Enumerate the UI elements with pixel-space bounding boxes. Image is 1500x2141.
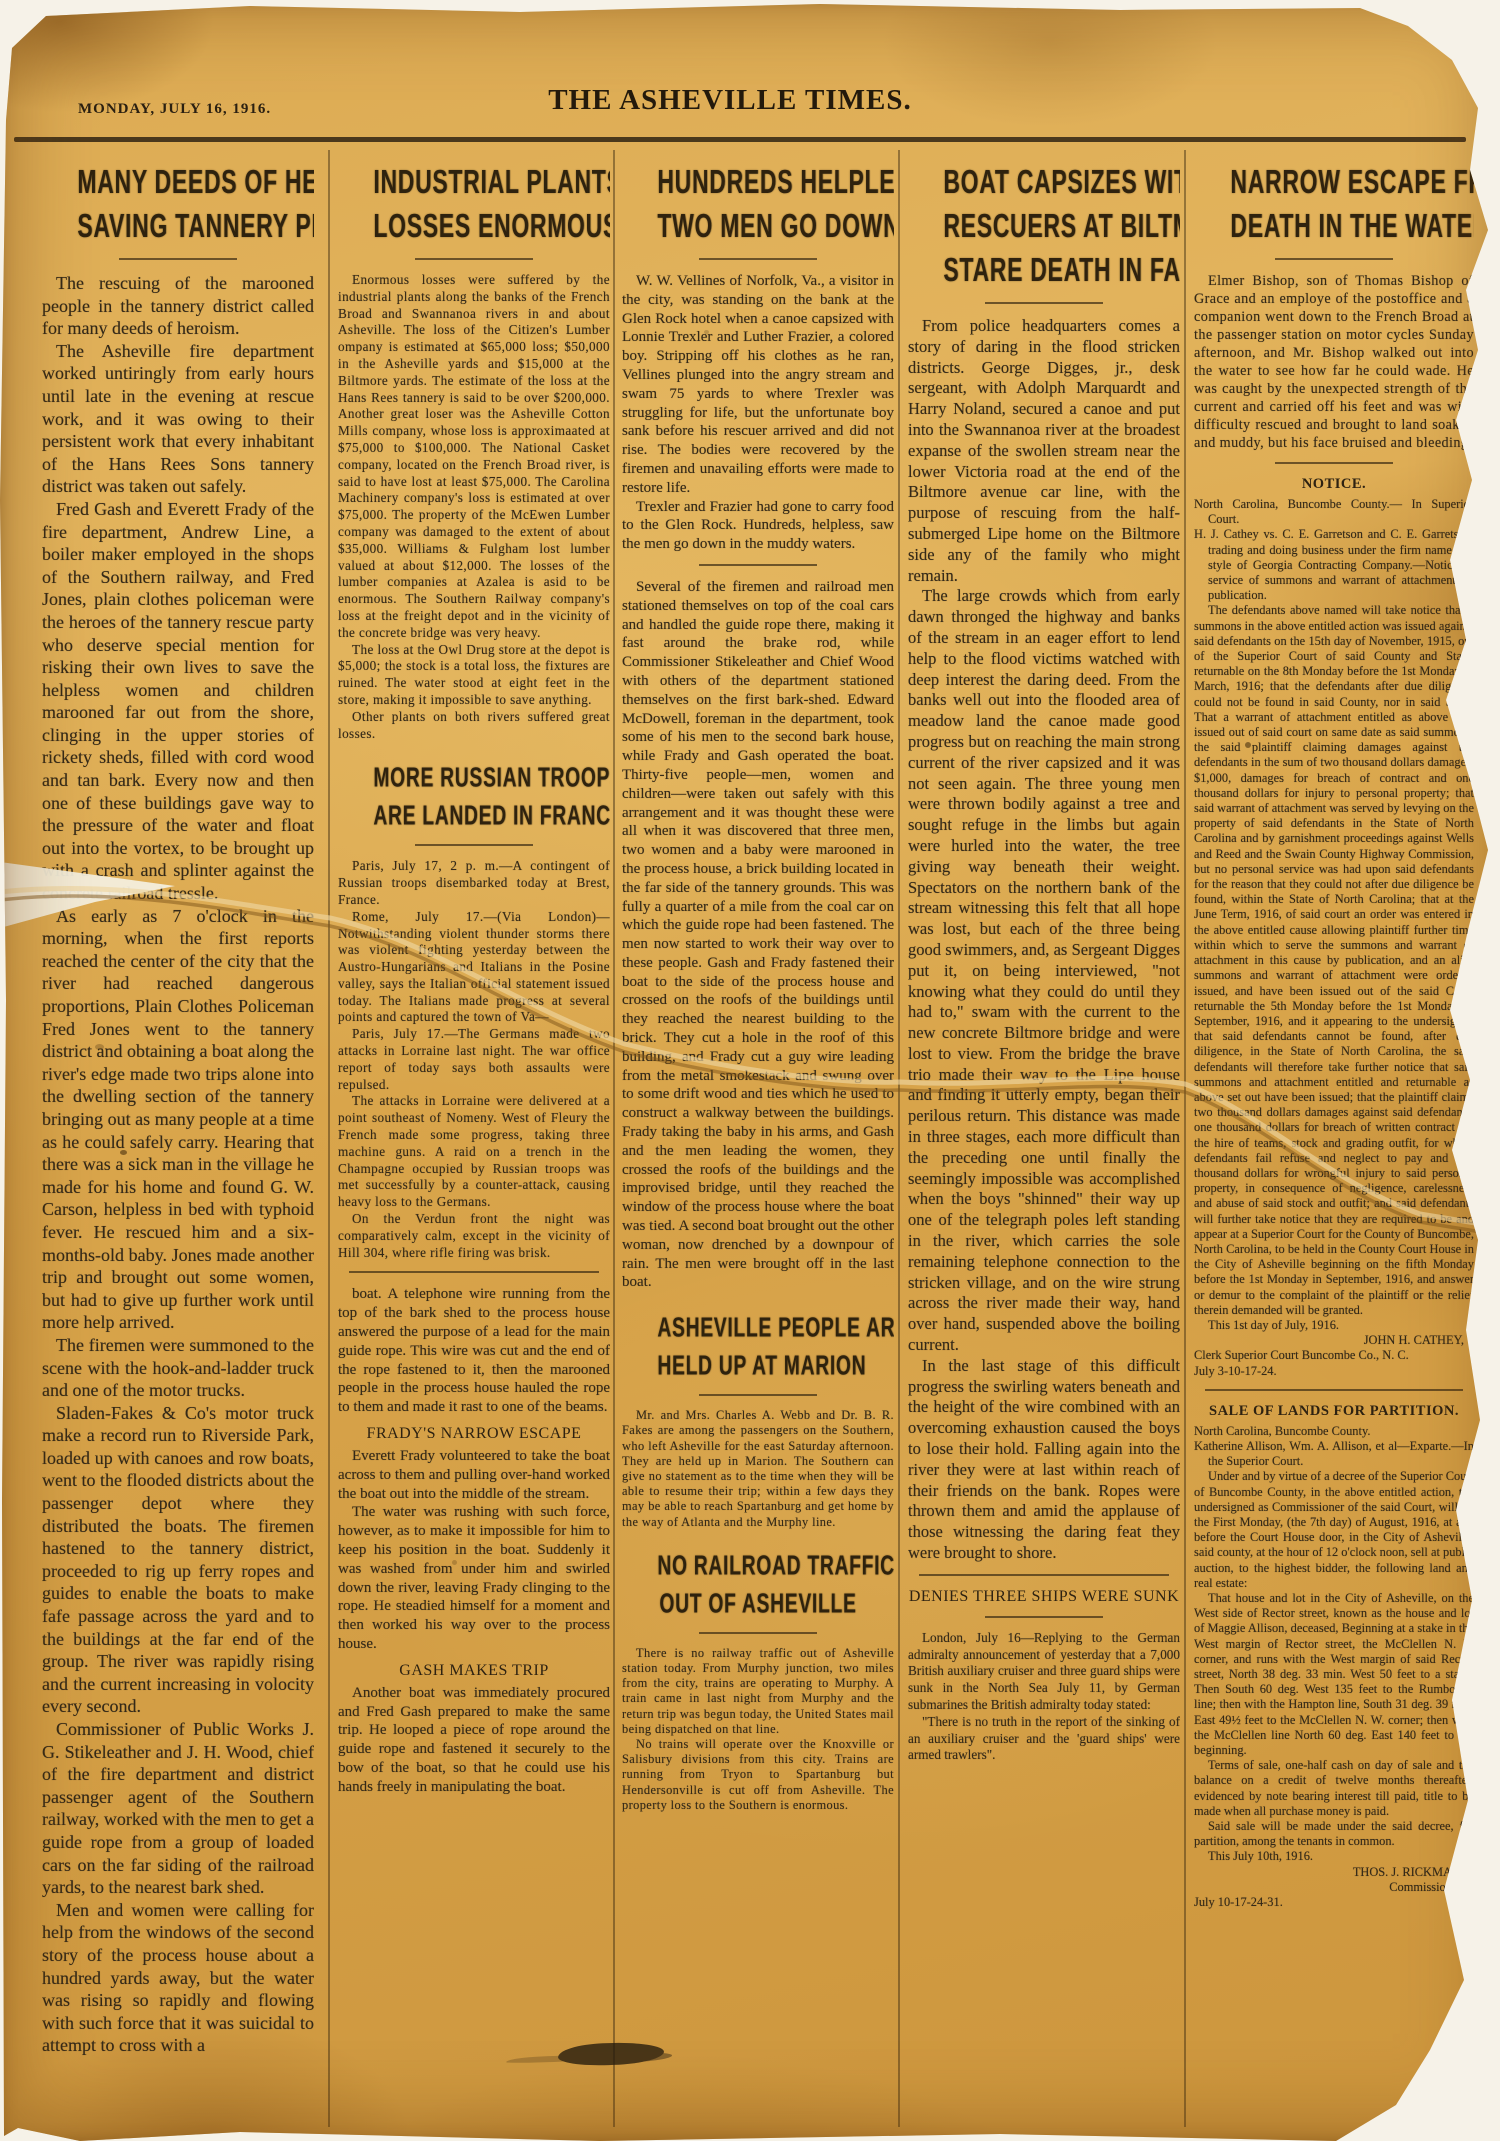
headline-line: STARE DEATH IN FACE: [943, 246, 1144, 294]
separator-rule: [919, 1574, 1169, 1576]
headline-line: ASHEVILLE PEOPLE ARE: [657, 1307, 858, 1348]
paragraph: boat. A telephone wire running from the …: [338, 1285, 610, 1417]
signature-line: This July 10th, 1916.: [1194, 1849, 1474, 1864]
column-divider: [328, 150, 330, 2127]
paragraph: The rescuing of the marooned people in t…: [42, 272, 314, 340]
article-subheadline: MORE RUSSIAN TROOPSARE LANDED IN FRANCE: [338, 758, 610, 834]
paragraph: Another boat was immediately procured an…: [338, 1684, 610, 1797]
paragraph: Elmer Bishop, son of Thomas Bishop of Gr…: [1194, 272, 1474, 452]
headline-line: RESCUERS AT BILTMORE: [943, 202, 1144, 250]
headline-line: NARROW ESCAPE FROM: [1230, 158, 1437, 206]
section-subhead: FRADY'S NARROW ESCAPE: [338, 1425, 610, 1443]
article-headline: NARROW ESCAPE FROMDEATH IN THE WATER: [1194, 160, 1474, 248]
headline-line: NO RAILROAD TRAFFIC: [657, 1544, 858, 1585]
headline-line: HELD UP AT MARION: [657, 1345, 858, 1386]
paragraph: Terms of sale, one-half cash on day of s…: [1194, 1758, 1474, 1819]
column-3: HUNDREDS HELPLESS SEETWO MEN GO DOWNW. W…: [622, 152, 894, 2141]
column-divider: [898, 150, 900, 2127]
stain-speck: [95, 1044, 104, 1050]
separator-rule: [349, 1271, 599, 1273]
headline-line: OUT OF ASHEVILLE: [657, 1582, 858, 1623]
headline-line: ARE LANDED IN FRANCE: [373, 795, 574, 836]
article-headline: MANY DEEDS OF HEROISMSAVING TANNERY PEOP…: [42, 160, 314, 248]
paper: MONDAY, JULY 16, 1916. THE ASHEVILLE TIM…: [0, 0, 1500, 2141]
paragraph: Trexler and Frazier had gone to carry fo…: [622, 498, 894, 554]
headline-line: TWO MEN GO DOWN: [657, 202, 858, 250]
paragraph: London, July 16—Replying to the German a…: [908, 1630, 1180, 1714]
paragraph: Mr. and Mrs. Charles A. Webb and Dr. B. …: [622, 1408, 894, 1530]
column-divider: [613, 150, 615, 2127]
article-subheadline: NO RAILROAD TRAFFICOUT OF ASHEVILLE: [622, 1546, 894, 1622]
column-5: NARROW ESCAPE FROMDEATH IN THE WATERElme…: [1194, 152, 1474, 2141]
headline-line: DEATH IN THE WATER: [1230, 202, 1437, 250]
stain-speck: [120, 1150, 127, 1155]
section-subhead: GASH MAKES TRIP: [338, 1662, 610, 1680]
paragraph: There is no railway traffic out of Ashev…: [622, 1646, 894, 1737]
paragraph: "There is no truth in the report of the …: [908, 1714, 1180, 1764]
paragraph: Other plants on both rivers suffered gre…: [338, 709, 610, 743]
paragraph: From police headquarters comes a story o…: [908, 316, 1180, 586]
column-2: INDUSTRIAL PLANTSLOSSES ENORMOUSEnormous…: [338, 152, 610, 2141]
paragraph: H. J. Cathey vs. C. E. Garretson and C. …: [1194, 527, 1474, 603]
headline-line: INDUSTRIAL PLANTS: [373, 158, 574, 206]
article-headline: BOAT CAPSIZES WITHRESCUERS AT BILTMOREST…: [908, 160, 1180, 292]
paragraph: In the last stage of this difficult prog…: [908, 1356, 1180, 1564]
column-divider: [1184, 150, 1186, 2127]
signature-line: Clerk Superior Court Buncombe Co., N. C.: [1194, 1348, 1474, 1363]
section-subhead: DENIES THREE SHIPS WERE SUNK: [908, 1588, 1180, 1606]
paragraph: The attacks in Lorraine were delivered a…: [338, 1093, 610, 1211]
paragraph: Commissioner of Public Works J. G. Stike…: [42, 1718, 314, 1899]
paragraph: Paris, July 17.—The Germans made two att…: [338, 1026, 610, 1093]
paragraph: Enormous losses were suffered by the ind…: [338, 272, 610, 642]
paragraph: North Carolina, Buncombe County.: [1194, 1424, 1474, 1439]
separator-rule: [699, 564, 817, 566]
paragraph: The firemen were summoned to the scene w…: [42, 1334, 314, 1402]
paragraph: The large crowds which from early dawn t…: [908, 586, 1180, 1355]
paragraph: W. W. Vellines of Norfolk, Va., a visito…: [622, 272, 894, 498]
separator-rule: [1275, 258, 1393, 260]
paragraph: That house and lot in the City of Ashevi…: [1194, 1591, 1474, 1758]
paragraph: The defendants above named will take not…: [1194, 603, 1474, 1318]
paragraph: Fred Gash and Everett Frady of the fire …: [42, 498, 314, 905]
paragraph: On the Verdun front the night was compar…: [338, 1211, 610, 1261]
header-rule: [14, 137, 1466, 142]
article-headline: HUNDREDS HELPLESS SEETWO MEN GO DOWN: [622, 160, 894, 248]
paragraph: The water was rushing with such force, h…: [338, 1503, 610, 1653]
separator-rule: [415, 258, 533, 260]
signature-line: This 1st day of July, 1916.: [1194, 1318, 1474, 1333]
paragraph: The Asheville fire department worked unt…: [42, 340, 314, 498]
headline-line: LOSSES ENORMOUS: [373, 202, 574, 250]
newspaper-page: MONDAY, JULY 16, 1916. THE ASHEVILLE TIM…: [0, 0, 1500, 2141]
stain-speck: [704, 330, 709, 334]
section-subhead: SALE OF LANDS FOR PARTITION.: [1194, 1403, 1474, 1420]
article-headline: INDUSTRIAL PLANTSLOSSES ENORMOUS: [338, 160, 610, 248]
signature-line: THOS. J. RICKMAN,: [1194, 1865, 1474, 1880]
paragraph: Katherine Allison, Wm. A. Allison, et al…: [1194, 1439, 1474, 1469]
paragraph: Said sale will be made under the said de…: [1194, 1819, 1474, 1849]
paragraph: North Carolina, Buncombe County.— In Sup…: [1194, 497, 1474, 527]
paragraph: Sladen-Fakes & Co's motor truck make a r…: [42, 1402, 314, 1718]
headline-line: MANY DEEDS OF HEROISM: [77, 158, 278, 206]
signature-line: July 10-17-24-31.: [1194, 1895, 1474, 1910]
separator-rule: [1275, 462, 1393, 464]
paragraph: No trains will operate over the Knoxvill…: [622, 1737, 894, 1813]
section-subhead: NOTICE.: [1194, 476, 1474, 493]
paragraph: As early as 7 o'clock in the morning, wh…: [42, 905, 314, 1334]
signature-line: JOHN H. CATHEY,: [1194, 1333, 1474, 1348]
signature-line: July 3-10-17-24.: [1194, 1364, 1474, 1379]
signature-line: Commissioner.: [1194, 1880, 1474, 1895]
separator-rule: [985, 302, 1103, 304]
separator-rule: [1205, 1389, 1463, 1391]
paragraph: Paris, July 17, 2 p. m.—A contingent of …: [338, 858, 610, 908]
stain-speck: [452, 1560, 457, 1565]
headline-line: MORE RUSSIAN TROOPS: [373, 757, 574, 798]
paragraph: Several of the firemen and railroad men …: [622, 578, 894, 1292]
separator-rule: [985, 1616, 1103, 1618]
headline-line: HUNDREDS HELPLESS SEE: [657, 158, 858, 206]
stain-speck: [1245, 742, 1251, 748]
separator-rule: [699, 258, 817, 260]
article-subheadline: ASHEVILLE PEOPLE AREHELD UP AT MARION: [622, 1308, 894, 1384]
separator-rule: [119, 258, 237, 260]
paragraph: Everett Frady volunteered to take the bo…: [338, 1447, 610, 1503]
column-4: BOAT CAPSIZES WITHRESCUERS AT BILTMOREST…: [908, 152, 1180, 2141]
separator-rule: [415, 844, 533, 846]
paragraph: Men and women were calling for help from…: [42, 1899, 314, 2057]
paragraph: The loss at the Owl Drug store at the de…: [338, 642, 610, 709]
separator-rule: [699, 1632, 817, 1634]
paragraph: Under and by virtue of a decree of the S…: [1194, 1469, 1474, 1591]
column-1: MANY DEEDS OF HEROISMSAVING TANNERY PEOP…: [42, 152, 314, 2141]
headline-line: BOAT CAPSIZES WITH: [943, 158, 1144, 206]
paragraph: Rome, July 17.—(Via London)—Notwithstand…: [338, 909, 610, 1027]
headline-line: SAVING TANNERY PEOPLE: [77, 202, 278, 250]
separator-rule: [699, 1394, 817, 1396]
newspaper-title: THE ASHEVILLE TIMES.: [0, 84, 1460, 117]
